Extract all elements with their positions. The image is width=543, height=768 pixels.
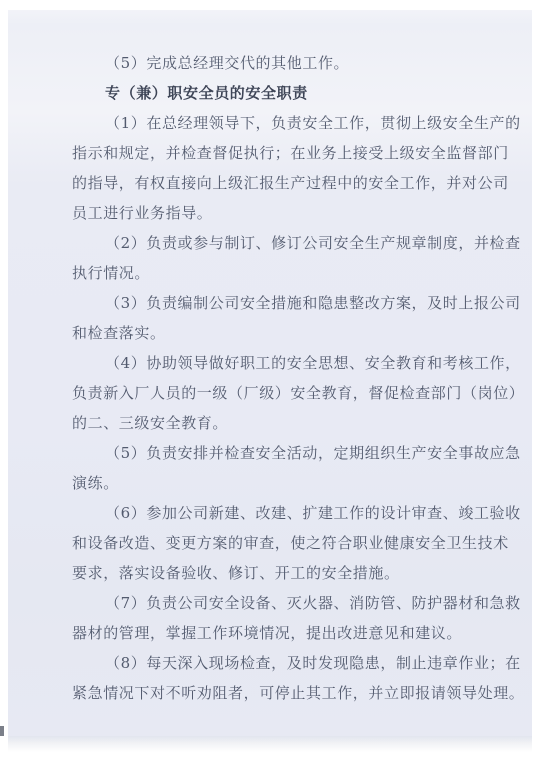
document-viewport: （5）完成总经理交代的其他工作。专（兼）职安全员的安全职责（1）在总经理领导下，… (0, 0, 543, 768)
document-text: （5）完成总经理交代的其他工作。专（兼）职安全员的安全职责（1）在总经理领导下，… (72, 48, 484, 708)
text-line: （5）完成总经理交代的其他工作。 (72, 48, 484, 78)
text-line: 演练。 (72, 468, 484, 498)
text-line: （2）负责或参与制订、修订公司安全生产规章制度，并检查 (72, 228, 484, 258)
text-line: （8）每天深入现场检查，及时发现隐患，制止违章作业；在 (72, 648, 484, 678)
text-line: 的二、三级安全教育。 (72, 408, 484, 438)
text-line: 执行情况。 (72, 258, 484, 288)
section-heading: 专（兼）职安全员的安全职责 (72, 78, 484, 108)
text-line: （1）在总经理领导下，负责安全工作，贯彻上级安全生产的 (72, 108, 484, 138)
text-line: 员工进行业务指导。 (72, 198, 484, 228)
text-line: 要求，落实设备验收、修订、开工的安全措施。 (72, 558, 484, 588)
scan-bottom-shadow (8, 736, 532, 752)
text-line: （6）参加公司新建、改建、扩建工作的设计审查、竣工验收 (72, 498, 484, 528)
text-line: （4）协助领导做好职工的安全思想、安全教育和考核工作， (72, 348, 484, 378)
text-line: 器材的管理，掌握工作环境情况，提出改进意见和建议。 (72, 618, 484, 648)
text-line: （5）负责安排并检查安全活动，定期组织生产安全事故应急 (72, 438, 484, 468)
text-line: 和设备改造、变更方案的审查，使之符合职业健康安全卫生技术 (72, 528, 484, 558)
text-line: 的指导，有权直接向上级汇报生产过程中的安全工作，并对公司 (72, 168, 484, 198)
text-line: （3）负责编制公司安全措施和隐患整改方案，及时上报公司 (72, 288, 484, 318)
text-line: 紧急情况下对不听劝阻者，可停止其工作，并立即报请领导处理。 (72, 678, 484, 708)
text-line: 指示和规定，并检查督促执行；在业务上接受上级安全监督部门 (72, 138, 484, 168)
scan-edge-artifact (0, 726, 4, 736)
text-line: 负责新入厂人员的一级（厂级）安全教育，督促检查部门（岗位） (72, 378, 484, 408)
scanned-page: （5）完成总经理交代的其他工作。专（兼）职安全员的安全职责（1）在总经理领导下，… (8, 10, 532, 736)
text-line: 和检查落实。 (72, 318, 484, 348)
text-line: （7）负责公司安全设备、灭火器、消防管、防护器材和急救 (72, 588, 484, 618)
